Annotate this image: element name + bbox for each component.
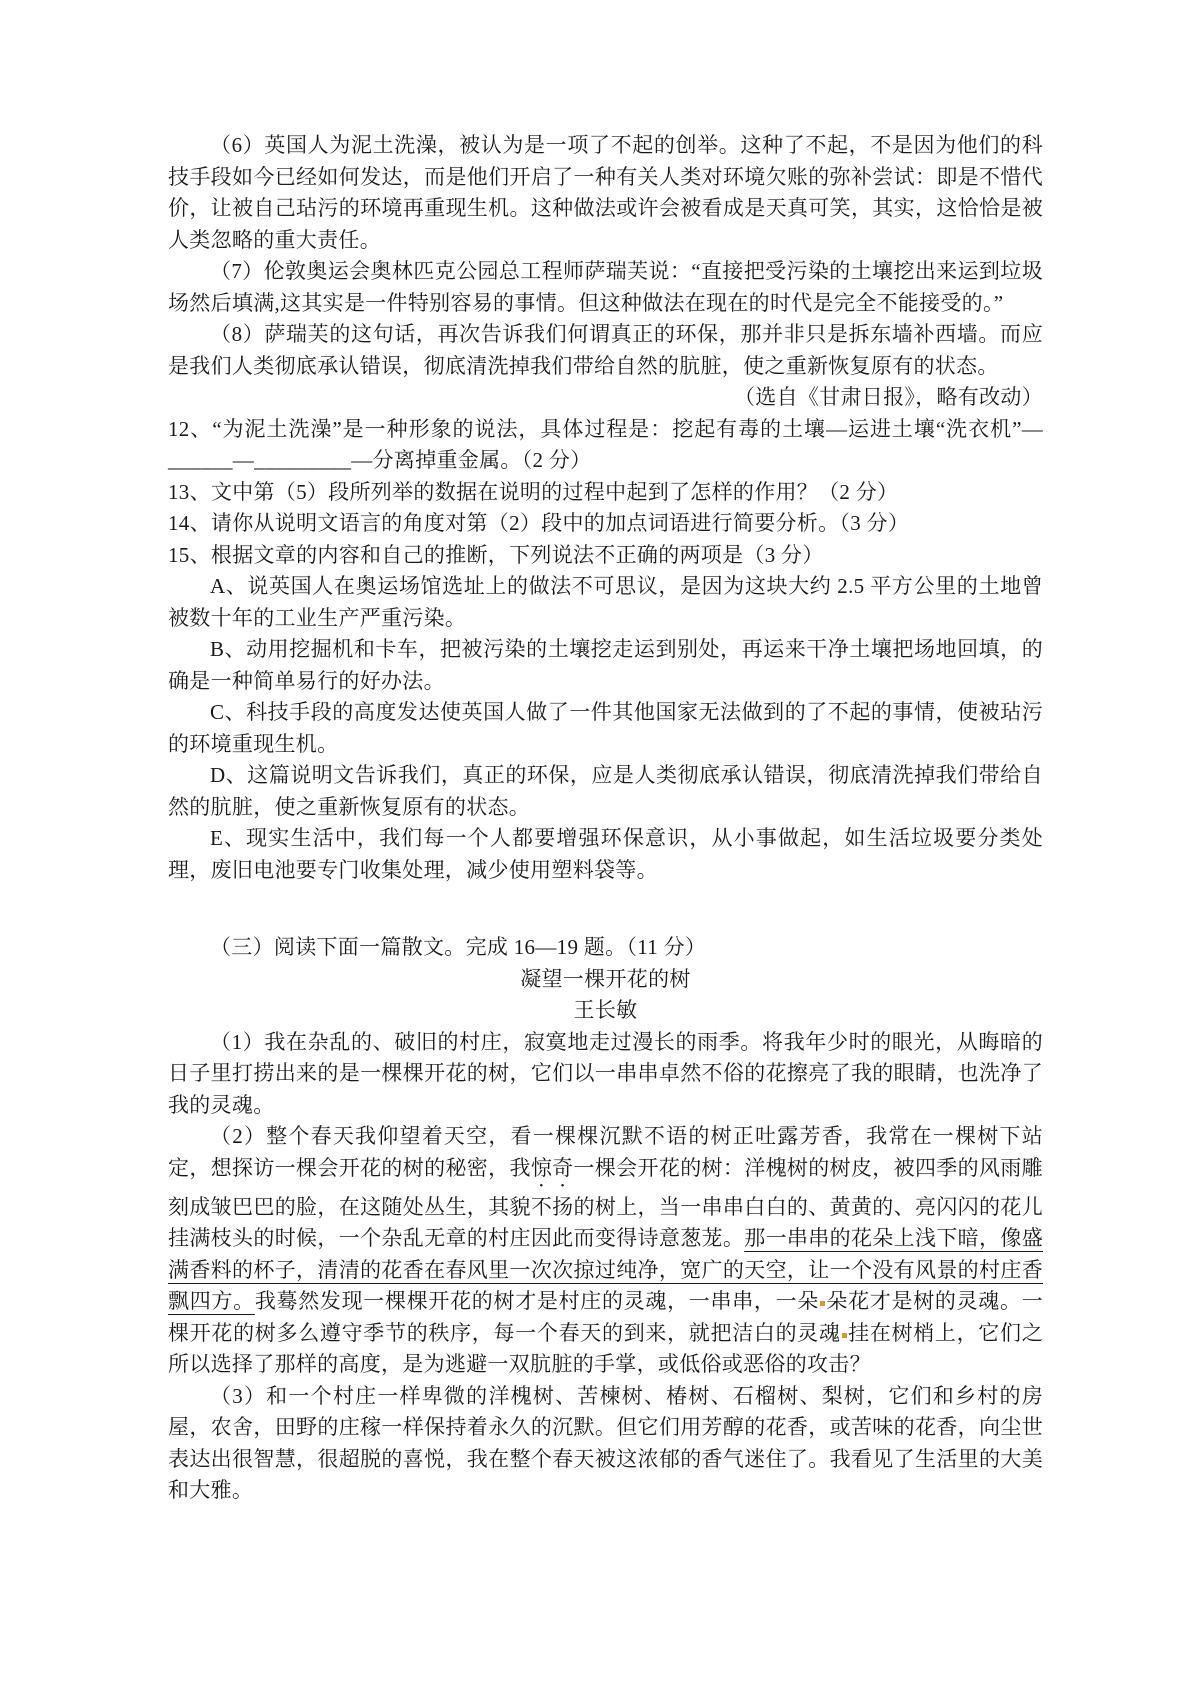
essay-title: 凝望一棵开花的树 [168,964,1043,996]
scan-artifact-dot [820,1301,825,1306]
essay-paragraph-2: （2）整个春天我仰望着天空，看一棵棵沉默不语的树正吐露芳香，我常在一棵树下站定，… [168,1121,1043,1381]
essay-paragraph-1: （1）我在杂乱的、破旧的村庄，寂寞地走过漫长的雨季。将我年少时的眼光，从晦暗的日… [168,1027,1043,1122]
p2-text-3: 我蓦然发现一棵棵开花的树才是村庄的灵魂，一串串，一朵 [255,1289,819,1313]
essay-author: 王长敏 [168,995,1043,1027]
question-15-option-b: B、动用挖掘机和卡车，把被污染的土壤挖走运到别处，再运来干净土壤把场地回填，的确… [168,634,1043,697]
question-12: 12、“为泥土洗澡”是一种形象的说法，具体过程是：挖起有毒的土壤—运进土壤“洗衣… [168,414,1043,477]
section-three-intro: （三）阅读下面一篇散文。完成 16—19 题。（11 分） [168,932,1043,964]
question-15-option-e: E、现实生活中，我们每一个人都要增强环保意识，从小事做起，如生活垃圾要分类处理，… [168,823,1043,886]
question-15-option-d: D、这篇说明文告诉我们，真正的环保，应是人类彻底承认错误，彻底清洗掉我们带给自然… [168,760,1043,823]
question-15-option-a: A、说英国人在奥运场馆选址上的做法不可思议，是因为这块大约 2.5 平方公里的土… [168,571,1043,634]
question-15: 15、根据文章的内容和自己的推断，下列说法不正确的两项是（3 分） [168,540,1043,572]
exam-document-page: （6）英国人为泥土洗澡，被认为是一项了不起的创举。这种了不起，不是因为他们的科技… [0,0,1200,1698]
source-attribution: （选自《甘肃日报》，略有改动） [168,382,1043,414]
reading-paragraph-7: （7）伦敦奥运会奥林匹克公园总工程师萨瑞芙说：“直接把受污染的土壤挖出来运到垃圾… [168,256,1043,319]
reading-paragraph-6: （6）英国人为泥土洗澡，被认为是一项了不起的创举。这种了不起，不是因为他们的科技… [168,130,1043,256]
question-14: 14、请你从说明文语言的角度对第（2）段中的加点词语进行简要分析。（3 分） [168,508,1043,540]
question-15-option-c: C、科技手段的高度发达使英国人做了一件其他国家无法做到的了不起的事情，使被玷污的… [168,697,1043,760]
p2-emphasized-word: 惊奇 [531,1156,574,1180]
essay-paragraph-3: （3）和一个村庄一样卑微的洋槐树、苦楝树、椿树、石榴树、梨树，它们和乡村的房屋，… [168,1381,1043,1507]
question-13: 13、文中第（5）段所列举的数据在说明的过程中起到了怎样的作用？（2 分） [168,477,1043,509]
scan-artifact-dot [842,1333,847,1338]
reading-paragraph-8: （8）萨瑞芙的这句话，再次告诉我们何谓真正的环保，那并非只是拆东墙补西墙。而应是… [168,319,1043,382]
